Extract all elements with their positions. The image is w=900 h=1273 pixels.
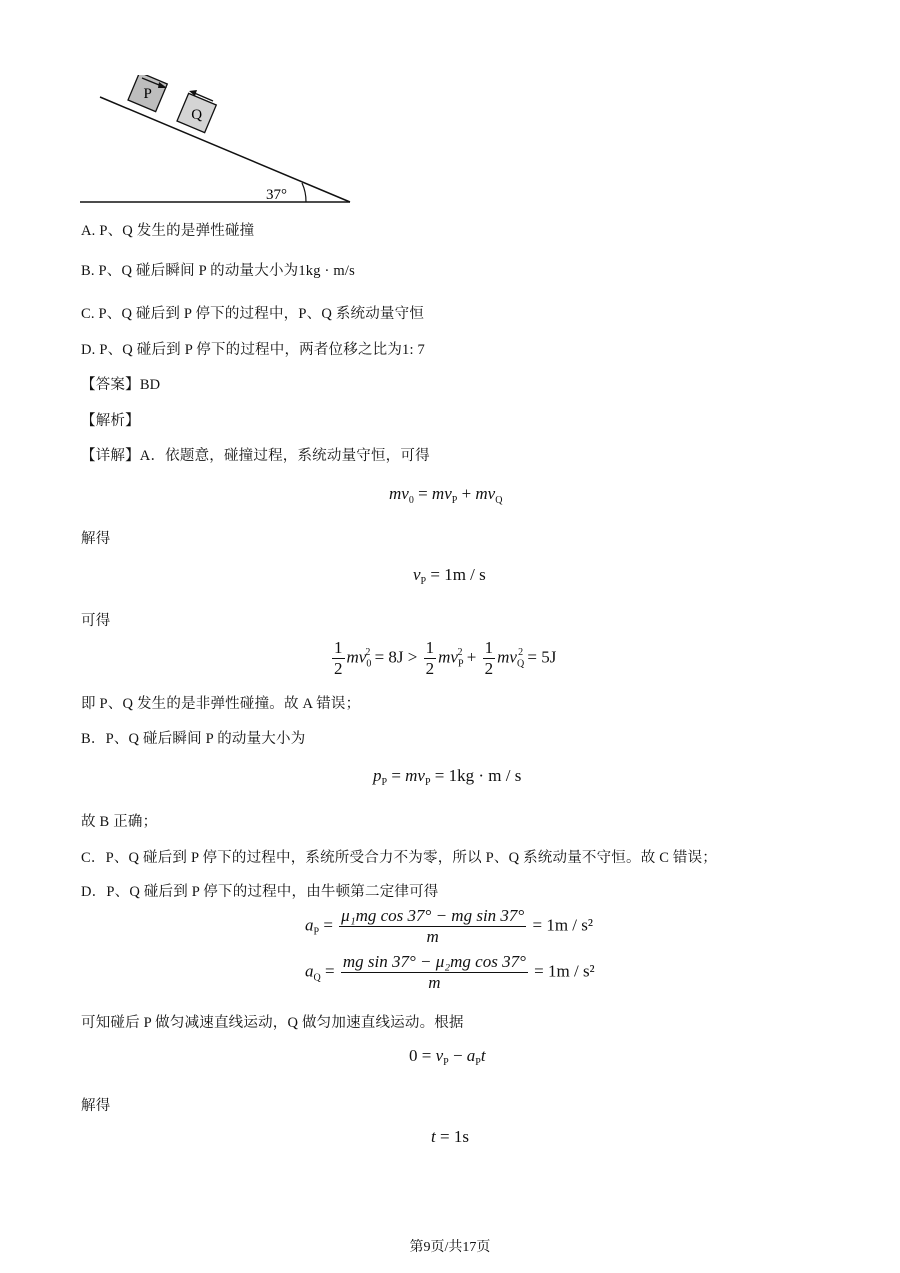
- incline-line: [100, 97, 350, 202]
- answer-label: 【答案】: [81, 377, 140, 393]
- analysis-label: 【解析】: [81, 409, 140, 430]
- can-get-label: 可得: [81, 609, 110, 630]
- incline-figure: P Q 37°: [80, 75, 360, 210]
- part-d: D．P、Q 碰后到 P 停下的过程中，由牛顿第二定律可得: [81, 880, 439, 901]
- equation-momentum: mv0 = mvP + mvQ: [389, 484, 502, 506]
- solve-label-1: 解得: [81, 527, 110, 548]
- option-c: C. P、Q 碰后到 P 停下的过程中，P、Q 系统动量守恒: [81, 302, 424, 323]
- page-footer: 第9页/共17页: [0, 1236, 900, 1256]
- svg-text:Q: Q: [191, 107, 202, 123]
- solve-label-2: 解得: [81, 1094, 110, 1115]
- answer-value: BD: [140, 377, 161, 393]
- equation-vp: vP = 1m / s: [413, 565, 486, 587]
- part-b: B．P、Q 碰后瞬间 P 的动量大小为: [81, 727, 305, 748]
- equation-aq: aQ = mg sin 37° − μ₂mg cos 37°m = 1m / s…: [305, 952, 595, 993]
- conclusion-a: 即 P、Q 发生的是非弹性碰撞。故 A 错误；: [81, 692, 360, 713]
- equation-kinematics: 0 = vP − aPt: [409, 1046, 486, 1068]
- detail-intro: 【详解】A．依题意，碰撞过程，系统动量守恒，可得: [81, 444, 430, 465]
- option-d: D. P、Q 碰后到 P 停下的过程中，两者位移之比为1: 7: [81, 338, 425, 359]
- option-a: A. P、Q 发生的是弹性碰撞: [81, 219, 254, 240]
- equation-momentum-p: pP = mvP = 1kg · m / s: [373, 766, 521, 788]
- angle-arc: [302, 183, 306, 202]
- angle-label: 37°: [266, 187, 287, 203]
- part-c: C．P、Q 碰后到 P 停下的过程中，系统所受合力不为零，所以 P、Q 系统动量…: [81, 846, 717, 867]
- option-b: B. P、Q 碰后瞬间 P 的动量大小为1kg · m/s: [81, 259, 355, 280]
- conclusion-b: 故 B 正确；: [81, 810, 157, 831]
- answer: 【答案】BD: [81, 373, 160, 394]
- equation-ap: aP = μ₁mg cos 37° − mg sin 37°m = 1m / s…: [305, 906, 593, 947]
- motion-text: 可知碰后 P 做匀减速直线运动，Q 做匀加速直线运动。根据: [81, 1011, 464, 1032]
- equation-time: t = 1s: [431, 1127, 469, 1147]
- equation-energy: 12mv02 = 8J > 12mvP2 + 12mvQ2 = 5J: [330, 638, 556, 679]
- svg-text:P: P: [143, 86, 151, 102]
